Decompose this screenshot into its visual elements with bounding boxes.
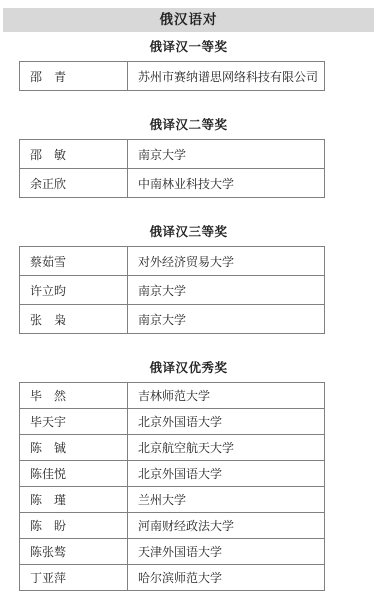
section-title-second-prize: 俄译汉二等奖	[0, 117, 377, 133]
institution-cell: 天津外国语大学	[128, 539, 325, 565]
winner-name-cell: 陈 瑾	[20, 487, 128, 513]
winner-name-cell: 毕 然	[20, 383, 128, 409]
table-row: 陈张骜 天津外国语大学	[20, 539, 325, 565]
winner-name-cell: 余正欣	[20, 169, 128, 198]
institution-cell: 北京航空航天大学	[128, 435, 325, 461]
table-row: 邵 青 苏州市赛纳谱思网络科技有限公司	[20, 62, 325, 91]
table-row: 蔡茹雪 对外经济贸易大学	[20, 247, 325, 276]
winner-name-cell: 毕天宇	[20, 409, 128, 435]
winner-name-cell: 丁亚萍	[20, 565, 128, 591]
section-title-excellence-award: 俄译汉优秀奖	[0, 360, 377, 376]
institution-cell: 南京大学	[128, 140, 325, 169]
winner-name-cell: 陈 铖	[20, 435, 128, 461]
award-table-third-prize: 蔡茹雪 对外经济贸易大学 许立昀 南京大学 张 枭 南京大学	[19, 246, 325, 334]
table-row: 丁亚萍 哈尔滨师范大学	[20, 565, 325, 591]
winner-name-cell: 许立昀	[20, 276, 128, 305]
institution-cell: 对外经济贸易大学	[128, 247, 325, 276]
page-header: 俄汉语对	[3, 8, 374, 32]
section-title-third-prize: 俄译汉三等奖	[0, 224, 377, 240]
institution-cell: 南京大学	[128, 305, 325, 334]
table-row: 毕 然 吉林师范大学	[20, 383, 325, 409]
institution-cell: 南京大学	[128, 276, 325, 305]
award-table-excellence-award: 毕 然 吉林师范大学 毕天宇 北京外国语大学 陈 铖 北京航空航天大学 陈佳悦 …	[19, 382, 325, 591]
award-table-first-prize: 邵 青 苏州市赛纳谱思网络科技有限公司	[19, 61, 325, 91]
document-page: 俄汉语对 俄译汉一等奖 邵 青 苏州市赛纳谱思网络科技有限公司 俄译汉二等奖 邵…	[0, 8, 377, 602]
institution-cell: 北京外国语大学	[128, 461, 325, 487]
table-row: 陈 铖 北京航空航天大学	[20, 435, 325, 461]
table-row: 陈佳悦 北京外国语大学	[20, 461, 325, 487]
winner-name-cell: 张 枭	[20, 305, 128, 334]
table-row: 毕天宇 北京外国语大学	[20, 409, 325, 435]
institution-cell: 哈尔滨师范大学	[128, 565, 325, 591]
table-row: 陈 盼 河南财经政法大学	[20, 513, 325, 539]
table-row: 余正欣 中南林业科技大学	[20, 169, 325, 198]
winner-name-cell: 陈 盼	[20, 513, 128, 539]
institution-cell: 中南林业科技大学	[128, 169, 325, 198]
table-row: 邵 敏 南京大学	[20, 140, 325, 169]
section-title-first-prize: 俄译汉一等奖	[0, 39, 377, 55]
table-row: 张 枭 南京大学	[20, 305, 325, 334]
winner-name-cell: 陈张骜	[20, 539, 128, 565]
table-row: 陈 瑾 兰州大学	[20, 487, 325, 513]
winner-name-cell: 邵 敏	[20, 140, 128, 169]
institution-cell: 吉林师范大学	[128, 383, 325, 409]
institution-cell: 兰州大学	[128, 487, 325, 513]
winner-name-cell: 邵 青	[20, 62, 128, 91]
table-row: 许立昀 南京大学	[20, 276, 325, 305]
institution-cell: 苏州市赛纳谱思网络科技有限公司	[128, 62, 325, 91]
winner-name-cell: 蔡茹雪	[20, 247, 128, 276]
award-table-second-prize: 邵 敏 南京大学 余正欣 中南林业科技大学	[19, 139, 325, 198]
winner-name-cell: 陈佳悦	[20, 461, 128, 487]
institution-cell: 河南财经政法大学	[128, 513, 325, 539]
institution-cell: 北京外国语大学	[128, 409, 325, 435]
page-title: 俄汉语对	[160, 12, 218, 27]
